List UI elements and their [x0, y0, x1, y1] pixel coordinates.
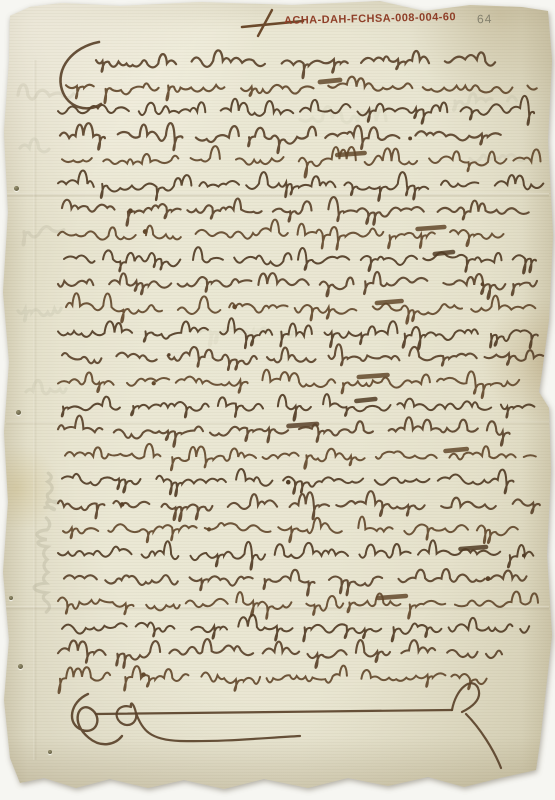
manuscript-line — [62, 344, 543, 370]
filler-dash — [359, 375, 388, 377]
ink-spot — [120, 502, 125, 507]
manuscript-line — [64, 569, 527, 595]
manuscript-line — [58, 491, 540, 521]
filler-dash — [337, 153, 364, 155]
manuscript-line — [62, 394, 535, 421]
filler-dash — [377, 301, 402, 303]
closing-rule — [96, 710, 452, 714]
manuscript-line — [58, 272, 537, 299]
filler-dash — [320, 80, 340, 82]
ink-spot — [486, 576, 491, 581]
filler-dash — [418, 227, 445, 229]
show-through-ghost — [18, 308, 61, 321]
manuscript-line — [96, 50, 495, 78]
handwriting-layer — [0, 0, 555, 800]
manuscript-line — [58, 540, 533, 569]
manuscript-line — [66, 293, 535, 323]
manuscript-line — [58, 416, 510, 447]
ink-spot — [128, 208, 133, 213]
show-through-ghost — [20, 139, 49, 152]
ink-spot — [481, 282, 485, 286]
show-through-ghost — [300, 107, 386, 123]
manuscript-line — [58, 592, 538, 619]
filler-dash — [446, 449, 467, 451]
ink-spot — [408, 136, 412, 140]
ink-spot — [143, 229, 148, 234]
filler-dash — [435, 252, 453, 254]
manuscript-line — [64, 247, 536, 273]
closing-rule-flourish — [452, 683, 501, 768]
manuscript-line — [58, 96, 534, 125]
manuscript-line — [58, 171, 543, 201]
ink-spot — [207, 527, 211, 531]
filler-dash — [378, 596, 406, 598]
manuscript-scan: ACHA-DAH-FCHSA-008-004-60 64 — [0, 0, 555, 800]
manuscript-line — [60, 123, 501, 153]
ink-spot — [152, 381, 156, 385]
manuscript-line — [63, 517, 518, 544]
show-through-ghost — [34, 473, 58, 612]
filler-dash — [289, 424, 317, 426]
filler-dash — [461, 547, 487, 549]
rubric-tail — [117, 703, 300, 741]
ink-spot — [286, 480, 291, 485]
ink-spot — [167, 353, 170, 356]
manuscript-line — [58, 639, 502, 668]
manuscript-line — [62, 146, 541, 177]
manuscript-line — [62, 615, 529, 642]
ink-spot — [522, 554, 526, 558]
opening-initial — [60, 42, 101, 108]
manuscript-line — [58, 370, 519, 398]
rubric-loop — [72, 694, 122, 744]
manuscript-line — [66, 77, 537, 103]
ink-spot — [141, 672, 145, 676]
manuscript-line — [59, 666, 487, 694]
ink-spot — [232, 304, 237, 309]
manuscript-line — [58, 220, 504, 250]
filler-dash — [356, 399, 375, 401]
manuscript-line — [58, 318, 538, 349]
